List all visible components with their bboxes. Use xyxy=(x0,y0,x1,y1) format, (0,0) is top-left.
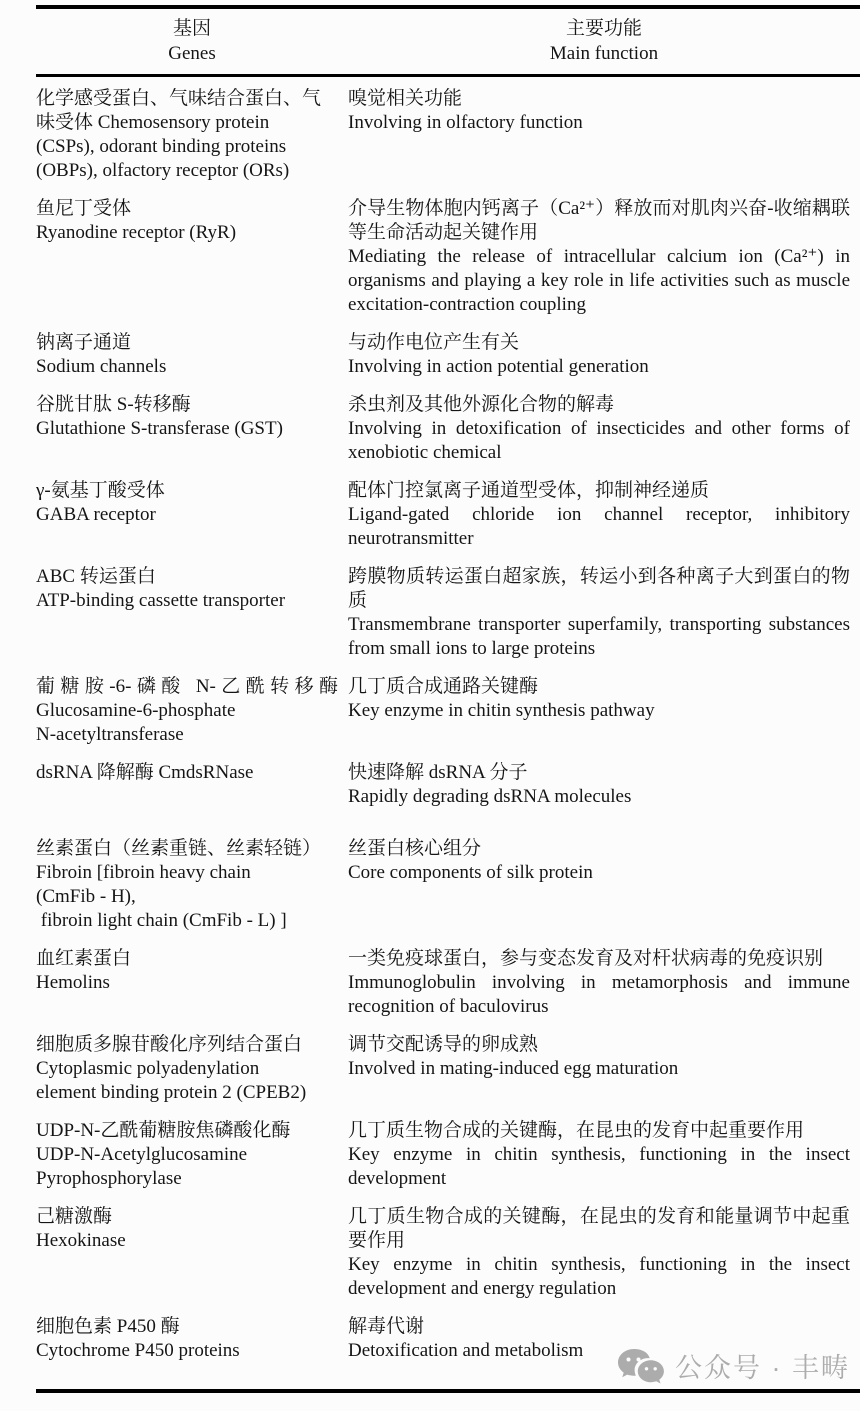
gene-line: 鱼尼丁受体 xyxy=(36,197,338,221)
function-paragraph: Immunoglobulin involving in metamorphosi… xyxy=(348,971,850,1019)
genes-function-table: 基因 Genes 主要功能 Main function 化学感受蛋白、气味结合蛋… xyxy=(36,5,860,1377)
gene-cell: 细胞质多腺苷酸化序列结合蛋白Cytoplasmic polyadenylatio… xyxy=(36,1033,348,1105)
table-row: UDP-N-乙酰葡糖胺焦磷酸化酶UDP-N-AcetylglucosamineP… xyxy=(36,1119,860,1191)
function-paragraph: Transmembrane transporter superfamily, t… xyxy=(348,613,850,661)
table-row: γ-氨基丁酸受体GABA receptor配体门控氯离子通道型受体，抑制神经递质… xyxy=(36,479,860,551)
function-paragraph: 介导生物体胞内钙离子（Ca²⁺）释放而对肌肉兴奋-收缩耦联等生命活动起关键作用 xyxy=(348,197,850,245)
table-row: 葡糖胺-6-磷酸 N-乙酰转移酶Glucosamine-6-phosphateN… xyxy=(36,675,860,747)
table-bottom-border xyxy=(36,1389,860,1393)
gene-line: (OBPs), olfactory receptor (ORs) xyxy=(36,159,338,183)
header-genes: 基因 Genes xyxy=(36,16,348,66)
function-paragraph: 快速降解 dsRNA 分子 xyxy=(348,761,850,785)
gene-line: fibroin light chain (CmFib - L) ] xyxy=(36,909,338,933)
header-genes-zh: 基因 xyxy=(36,16,348,41)
gene-cell: 丝素蛋白（丝素重链、丝素轻链）Fibroin [fibroin heavy ch… xyxy=(36,837,348,933)
function-paragraph: Key enzyme in chitin synthesis, function… xyxy=(348,1253,850,1301)
gene-line: γ-氨基丁酸受体 xyxy=(36,479,338,503)
table-row: 化学感受蛋白、气味结合蛋白、气味受体 Chemosensory protein(… xyxy=(36,87,860,183)
function-paragraph: Key enzyme in chitin synthesis, function… xyxy=(348,1143,850,1191)
function-paragraph: Ligand-gated chloride ion channel recept… xyxy=(348,503,850,551)
header-genes-en: Genes xyxy=(36,41,348,66)
gene-line: 谷胱甘肽 S-转移酶 xyxy=(36,393,338,417)
gene-line: Cytochrome P450 proteins xyxy=(36,1339,338,1363)
gene-line: Cytoplasmic polyadenylation xyxy=(36,1057,338,1081)
gene-line: 细胞质多腺苷酸化序列结合蛋白 xyxy=(36,1033,338,1057)
gene-line: N-acetyltransferase xyxy=(36,723,338,747)
gene-line: 己糖激酶 xyxy=(36,1205,338,1229)
gene-line: 化学感受蛋白、气味结合蛋白、气 xyxy=(36,87,338,111)
gene-line: 血红素蛋白 xyxy=(36,947,338,971)
header-main-function: 主要功能 Main function xyxy=(348,16,860,66)
function-paragraph: 几丁质合成通路关键酶 xyxy=(348,675,850,699)
gene-line: Pyrophosphorylase xyxy=(36,1167,338,1191)
gene-line: ATP-binding cassette transporter xyxy=(36,589,338,613)
function-cell: 几丁质生物合成的关键酶，在昆虫的发育中起重要作用Key enzyme in ch… xyxy=(348,1119,860,1191)
table-row: 谷胱甘肽 S-转移酶Glutathione S-transferase (GST… xyxy=(36,393,860,465)
table-row: 血红素蛋白Hemolins一类免疫球蛋白，参与变态发育及对杆状病毒的免疫识别Im… xyxy=(36,947,860,1019)
watermark-text: 公众号 · 丰畴 xyxy=(675,1356,850,1380)
gene-line: UDP-N-Acetylglucosamine xyxy=(36,1143,338,1167)
table-row: 丝素蛋白（丝素重链、丝素轻链）Fibroin [fibroin heavy ch… xyxy=(36,837,860,933)
function-cell: 与动作电位产生有关Involving in action potential g… xyxy=(348,331,860,379)
function-cell: 嗅觉相关功能Involving in olfactory function xyxy=(348,87,860,183)
function-cell: 几丁质合成通路关键酶Key enzyme in chitin synthesis… xyxy=(348,675,860,747)
function-paragraph: 跨膜物质转运蛋白超家族，转运小到各种离子大到蛋白的物质 xyxy=(348,565,850,613)
function-paragraph: Involving in olfactory function xyxy=(348,111,850,135)
function-paragraph: 与动作电位产生有关 xyxy=(348,331,850,355)
gene-line: ABC 转运蛋白 xyxy=(36,565,338,589)
gene-line: Glucosamine-6-phosphate xyxy=(36,699,338,723)
function-paragraph: Involved in mating-induced egg maturatio… xyxy=(348,1057,850,1081)
gene-line: 丝素蛋白（丝素重链、丝素轻链） xyxy=(36,837,338,861)
table-row: 鱼尼丁受体Ryanodine receptor (RyR)介导生物体胞内钙离子（… xyxy=(36,197,860,317)
function-paragraph: 一类免疫球蛋白，参与变态发育及对杆状病毒的免疫识别 xyxy=(348,947,850,971)
table-header: 基因 Genes 主要功能 Main function xyxy=(36,9,860,74)
gene-cell: 葡糖胺-6-磷酸 N-乙酰转移酶Glucosamine-6-phosphateN… xyxy=(36,675,348,747)
function-cell: 跨膜物质转运蛋白超家族，转运小到各种离子大到蛋白的物质Transmembrane… xyxy=(348,565,860,661)
gene-line: Hemolins xyxy=(36,971,338,995)
function-cell: 丝蛋白核心组分Core components of silk protein xyxy=(348,837,860,933)
gene-cell: γ-氨基丁酸受体GABA receptor xyxy=(36,479,348,551)
gene-line: (CmFib - H), xyxy=(36,885,338,909)
gene-line: Sodium channels xyxy=(36,355,338,379)
gene-cell: 鱼尼丁受体Ryanodine receptor (RyR) xyxy=(36,197,348,317)
function-cell: 一类免疫球蛋白，参与变态发育及对杆状病毒的免疫识别Immunoglobulin … xyxy=(348,947,860,1019)
gene-line: GABA receptor xyxy=(36,503,338,527)
function-paragraph: 配体门控氯离子通道型受体，抑制神经递质 xyxy=(348,479,850,503)
table-row: 己糖激酶Hexokinase几丁质生物合成的关键酶，在昆虫的发育和能量调节中起重… xyxy=(36,1205,860,1301)
function-paragraph: Involving in detoxification of insectici… xyxy=(348,417,850,465)
gene-cell: 钠离子通道Sodium channels xyxy=(36,331,348,379)
gene-line: Hexokinase xyxy=(36,1229,338,1253)
function-paragraph: Mediating the release of intracellular c… xyxy=(348,245,850,317)
gene-line: UDP-N-乙酰葡糖胺焦磷酸化酶 xyxy=(36,1119,338,1143)
function-paragraph: Key enzyme in chitin synthesis pathway xyxy=(348,699,850,723)
gene-line: (CSPs), odorant binding proteins xyxy=(36,135,338,159)
function-paragraph: 嗅觉相关功能 xyxy=(348,87,850,111)
table-row: 细胞质多腺苷酸化序列结合蛋白Cytoplasmic polyadenylatio… xyxy=(36,1033,860,1105)
gene-cell: 血红素蛋白Hemolins xyxy=(36,947,348,1019)
function-paragraph: 几丁质生物合成的关键酶，在昆虫的发育中起重要作用 xyxy=(348,1119,850,1143)
gene-cell: dsRNA 降解酶 CmdsRNase xyxy=(36,761,348,809)
function-paragraph: Involving in action potential generation xyxy=(348,355,850,379)
table-rows: 化学感受蛋白、气味结合蛋白、气味受体 Chemosensory protein(… xyxy=(36,77,860,1363)
function-paragraph: 丝蛋白核心组分 xyxy=(348,837,850,861)
function-paragraph: Core components of silk protein xyxy=(348,861,850,885)
table-row: dsRNA 降解酶 CmdsRNase快速降解 dsRNA 分子Rapidly … xyxy=(36,761,860,809)
gene-line: element binding protein 2 (CPEB2) xyxy=(36,1081,338,1105)
table-row: ABC 转运蛋白ATP-binding cassette transporter… xyxy=(36,565,860,661)
gene-cell: 谷胱甘肽 S-转移酶Glutathione S-transferase (GST… xyxy=(36,393,348,465)
gene-line: dsRNA 降解酶 CmdsRNase xyxy=(36,761,338,785)
function-cell: 介导生物体胞内钙离子（Ca²⁺）释放而对肌肉兴奋-收缩耦联等生命活动起关键作用M… xyxy=(348,197,860,317)
function-cell: 配体门控氯离子通道型受体，抑制神经递质Ligand-gated chloride… xyxy=(348,479,860,551)
gene-line: 细胞色素 P450 酶 xyxy=(36,1315,338,1339)
function-paragraph: Rapidly degrading dsRNA molecules xyxy=(348,785,850,809)
gene-line: Ryanodine receptor (RyR) xyxy=(36,221,338,245)
gene-line: 钠离子通道 xyxy=(36,331,338,355)
gene-line: 葡糖胺-6-磷酸 N-乙酰转移酶 xyxy=(36,675,338,699)
function-cell: 杀虫剂及其他外源化合物的解毒Involving in detoxificatio… xyxy=(348,393,860,465)
header-main-function-zh: 主要功能 xyxy=(348,16,860,41)
gene-cell: 化学感受蛋白、气味结合蛋白、气味受体 Chemosensory protein(… xyxy=(36,87,348,183)
function-cell: 快速降解 dsRNA 分子Rapidly degrading dsRNA mol… xyxy=(348,761,860,809)
header-main-function-en: Main function xyxy=(348,41,860,66)
table-row: 钠离子通道Sodium channels与动作电位产生有关Involving i… xyxy=(36,331,860,379)
gene-line: Glutathione S-transferase (GST) xyxy=(36,417,338,441)
gene-cell: ABC 转运蛋白ATP-binding cassette transporter xyxy=(36,565,348,661)
function-paragraph: 杀虫剂及其他外源化合物的解毒 xyxy=(348,393,850,417)
function-paragraph: 调节交配诱导的卵成熟 xyxy=(348,1033,850,1057)
function-cell: 调节交配诱导的卵成熟Involved in mating-induced egg… xyxy=(348,1033,860,1105)
function-cell: 几丁质生物合成的关键酶，在昆虫的发育和能量调节中起重要作用Key enzyme … xyxy=(348,1205,860,1301)
watermark: 公众号 · 丰畴 xyxy=(617,1348,850,1388)
gene-line: 味受体 Chemosensory protein xyxy=(36,111,338,135)
gene-cell: 细胞色素 P450 酶Cytochrome P450 proteins xyxy=(36,1315,348,1363)
gene-line: Fibroin [fibroin heavy chain xyxy=(36,861,338,885)
function-paragraph: 解毒代谢 xyxy=(348,1315,850,1339)
wechat-icon xyxy=(617,1348,665,1388)
gene-cell: 己糖激酶Hexokinase xyxy=(36,1205,348,1301)
gene-cell: UDP-N-乙酰葡糖胺焦磷酸化酶UDP-N-AcetylglucosamineP… xyxy=(36,1119,348,1191)
function-paragraph: 几丁质生物合成的关键酶，在昆虫的发育和能量调节中起重要作用 xyxy=(348,1205,850,1253)
